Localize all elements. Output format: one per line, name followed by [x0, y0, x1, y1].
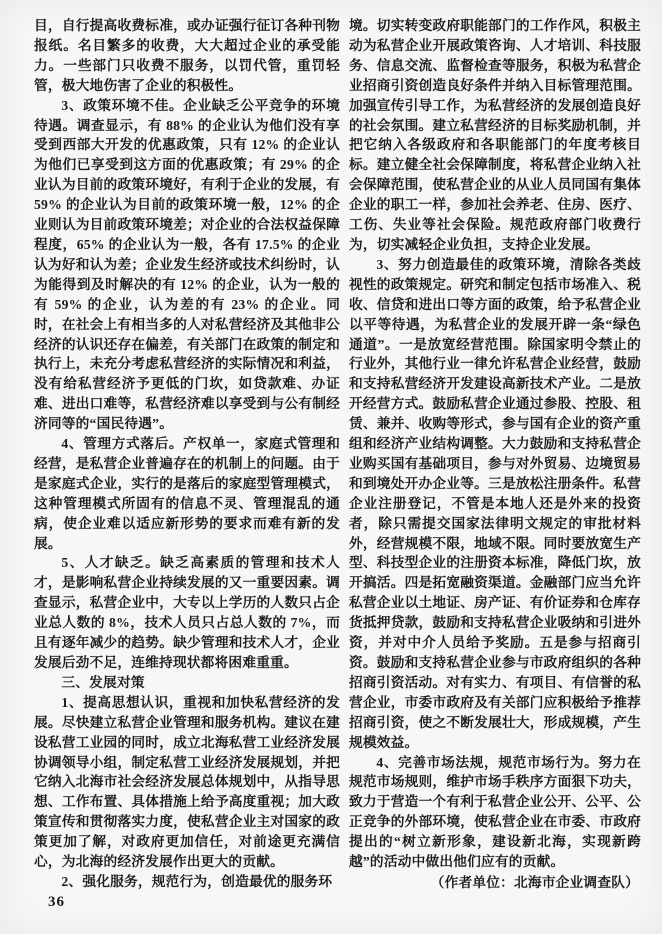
paragraph-strengthen-service-start: 2、强化服务，规范行为，创造最优的服务环 [34, 872, 340, 892]
paragraph-policy-environment: 3、政策环境不佳。企业缺乏公平竞争的环境待遇。调查显示，有 88% 的企业认为他… [34, 96, 340, 434]
paragraph-management-style: 4、管理方式落后。产权单一，家庭式管理和经营，是私营企业普遍存在的机制上的问题。… [34, 434, 340, 553]
paragraph-fees-continuation: 目，自行提高收费标准，或办证强行征订各种刊物报纸。名目繁多的收费，大大超过企业的… [34, 16, 340, 96]
paragraph-raise-awareness: 1、提高思想认识，重视和加快私营经济的发展。尽快建立私营企业管理和服务机构。建议… [34, 693, 340, 872]
paragraph-talent-shortage: 5、人才缺乏。缺乏高素质的管理和技术人才，是影响私营企业持续发展的又一重要因素。… [34, 553, 340, 672]
left-column: 目，自行提高收费标准，或办证强行征订各种刊物报纸。名目繁多的收费，大大超过企业的… [34, 16, 340, 896]
section-heading-development-strategy: 三、发展对策 [34, 673, 340, 693]
paragraph-best-policy-environment: 3、努力创造最佳的政策环境，清除各类歧视性的政策规定。研究和制定包括市场准入、税… [349, 255, 641, 753]
author-credit: （作者单位：北海市企业调查队） [349, 873, 641, 893]
right-column: 境。切实转变政府职能部门的工作作风，积极主动为私营企业开展政策咨询、人才培训、科… [349, 16, 641, 896]
page-number: 36 [48, 894, 65, 911]
paragraph-service-continuation: 境。切实转变政府职能部门的工作作风，积极主动为私营企业开展政策咨询、人才培训、科… [349, 16, 641, 255]
document-page: 目，自行提高收费标准，或办证强行征订各种刊物报纸。名目繁多的收费，大大超过企业的… [0, 0, 662, 934]
paragraph-market-regulations: 4、完善市场法规，规范市场行为。努力在规范市场规则，维护市场手秩序方面狠下功夫，… [349, 753, 641, 872]
